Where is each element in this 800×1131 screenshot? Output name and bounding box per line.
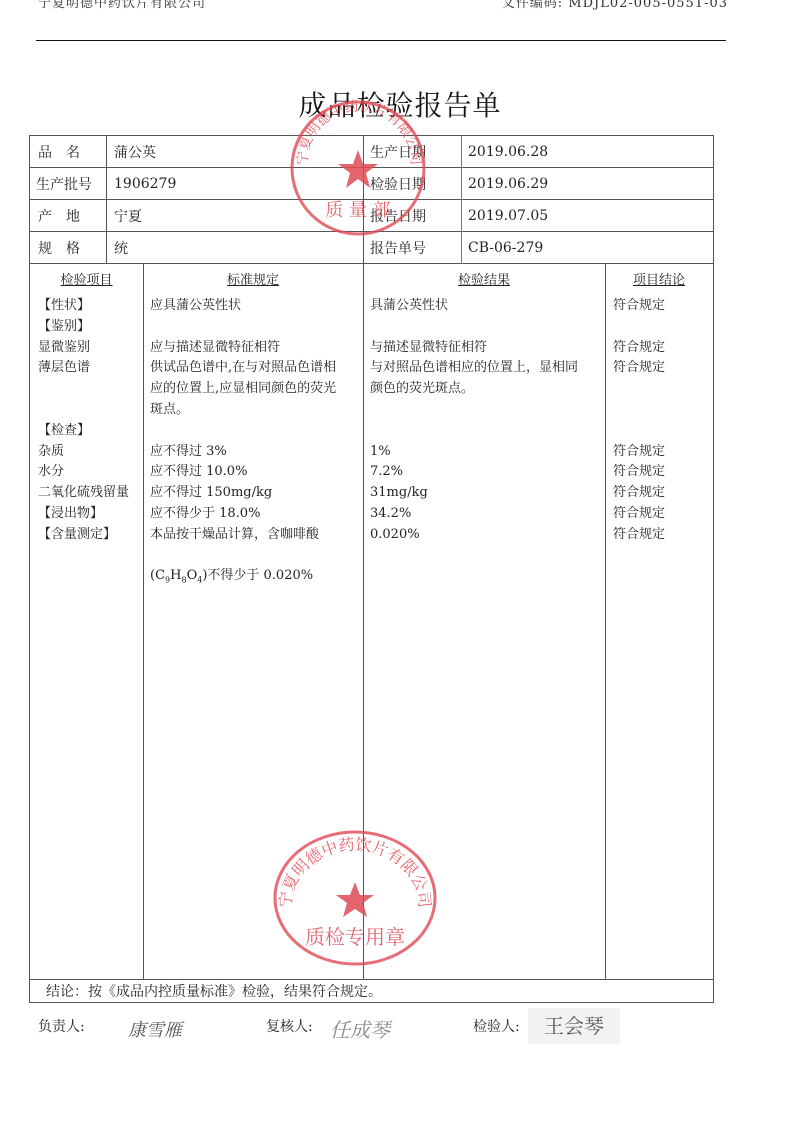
inspector-label: 检验人: [473,1016,520,1036]
table-cell-standard: 供试品色谱中,在与对照品色谱相 [150,358,362,379]
table-cell-conclusion [613,400,713,421]
table-cell-item: 【浸出物】 [38,504,142,525]
table-cell-conclusion [613,317,713,338]
table-cell-result [370,421,604,442]
table-cell-conclusion: 符合规定 [613,504,713,525]
batch-label: 生产批号 [36,168,92,199]
batch-value: 1906279 [114,168,176,199]
conclusion-column: 符合规定符合规定符合规定符合规定符合规定符合规定符合规定符合规定 [613,296,713,546]
table-cell-item: 杂质 [38,442,142,463]
test-date-label: 检验日期 [370,168,426,199]
origin-value: 宁夏 [114,200,142,231]
table-cell-result: 31mg/kg [370,483,604,504]
table-cell-result: 颜色的荧光斑点。 [370,379,604,400]
divider [605,264,606,979]
table-cell-standard: 应不得过 10.0% [150,462,362,483]
table-cell-conclusion: 符合规定 [613,442,713,463]
table-cell-standard: 应与描述显微特征相符 [150,338,362,359]
table-cell-standard: 应不得过 3% [150,442,362,463]
table-cell-standard: 斑点。 [150,400,362,421]
table-cell-conclusion: 符合规定 [613,462,713,483]
table-cell-standard: 应的位置上,应显相同颜色的荧光 [150,379,362,400]
origin-label: 产 地 [30,200,106,231]
production-date-value: 2019.06.28 [468,136,548,167]
table-cell-result [370,317,604,338]
table-cell-conclusion [613,379,713,400]
divider [363,136,364,979]
responsible-signature: 康雪雁 [128,1016,182,1042]
report-table: 品 名 蒲公英 生产日期 2019.06.28 生产批号 1906279 检验日… [29,135,714,1003]
document-code: 文件编码: MDJL02-005-0551-03 [502,0,728,11]
table-cell-conclusion: 符合规定 [613,483,713,504]
production-date-label: 生产日期 [370,136,426,167]
report-date-value: 2019.07.05 [468,200,548,231]
table-cell-item: 显微鉴别 [38,338,142,359]
inspector-signature: 王会琴 [528,1008,620,1044]
table-cell-item [38,379,142,400]
report-title: 成品检验报告单 [0,84,800,124]
table-cell-result: 0.020% [370,525,604,546]
report-number-value: CB-06-279 [468,232,543,263]
info-row-3: 产 地 宁夏 报告日期 2019.07.05 [30,200,713,232]
divider [461,136,462,264]
responsible-label: 负责人: [38,1016,85,1036]
product-name-label: 品 名 [30,136,106,167]
table-cell-result: 与对照品色谱相应的位置上，显相同 [370,358,604,379]
info-row-2: 生产批号 1906279 检验日期 2019.06.29 [30,168,713,200]
standard-column: 应具蒲公英性状应与描述显微特征相符供试品色谱中,在与对照品色谱相应的位置上,应显… [150,296,362,546]
table-cell-standard [150,421,362,442]
table-cell-item: 薄层色谱 [38,358,142,379]
table-cell-item: 水分 [38,462,142,483]
table-cell-result: 1% [370,442,604,463]
table-cell-standard: 应不得过 150mg/kg [150,483,362,504]
reviewer-label: 复核人: [266,1016,313,1036]
table-cell-item: 二氧化硫残留量 [38,483,142,504]
table-cell-result: 具蒲公英性状 [370,296,604,317]
table-cell-item [38,400,142,421]
table-cell-standard: 应具蒲公英性状 [150,296,362,317]
company-name: 宁夏明德中药饮片有限公司 [38,0,206,11]
table-cell-result: 与描述显微特征相符 [370,338,604,359]
info-row-4: 规 格 统 报告单号 CB-06-279 [30,232,713,264]
table-cell-item: 【含量测定】 [38,525,142,546]
report-number-label: 报告单号 [370,232,426,263]
result-column: 具蒲公英性状与描述显微特征相符与对照品色谱相应的位置上，显相同颜色的荧光斑点。1… [370,296,604,546]
formula-line: (C9H8O4)不得少于 0.020% [150,566,362,591]
table-cell-conclusion [613,421,713,442]
table-cell-standard [150,317,362,338]
table-cell-result: 34.2% [370,504,604,525]
table-cell-conclusion: 符合规定 [613,296,713,317]
column-header-conclusion: 项目结论 [605,269,713,288]
divider [143,264,144,979]
reviewer-signature: 任成琴 [330,1014,390,1043]
final-conclusion: 结论：按《成品内控质量标准》检验，结果符合规定。 [30,979,713,1003]
table-cell-conclusion: 符合规定 [613,358,713,379]
table-cell-result [370,400,604,421]
test-date-value: 2019.06.29 [468,168,548,199]
info-row-1: 品 名 蒲公英 生产日期 2019.06.28 [30,136,713,168]
table-cell-standard: 本品按干燥品计算，含咖啡酸 [150,525,362,546]
table-cell-result: 7.2% [370,462,604,483]
column-header-standard: 标准规定 [143,269,363,288]
table-cell-standard: 应不得少于 18.0% [150,504,362,525]
header-rule [36,40,726,41]
product-name-value: 蒲公英 [114,136,156,167]
table-cell-conclusion: 符合规定 [613,338,713,359]
column-header-result: 检验结果 [363,269,605,288]
column-header-item: 检验项目 [30,269,143,288]
spec-value: 统 [114,232,128,263]
table-cell-item: 【检查】 [38,421,142,442]
item-column: 【性状】【鉴别】显微鉴别薄层色谱【检查】杂质水分二氧化硫残留量【浸出物】【含量测… [38,296,142,546]
table-cell-item: 【鉴别】 [38,317,142,338]
report-date-label: 报告日期 [370,200,426,231]
spec-label: 规 格 [30,232,106,263]
table-cell-item: 【性状】 [38,296,142,317]
table-cell-conclusion: 符合规定 [613,525,713,546]
divider [106,136,107,264]
